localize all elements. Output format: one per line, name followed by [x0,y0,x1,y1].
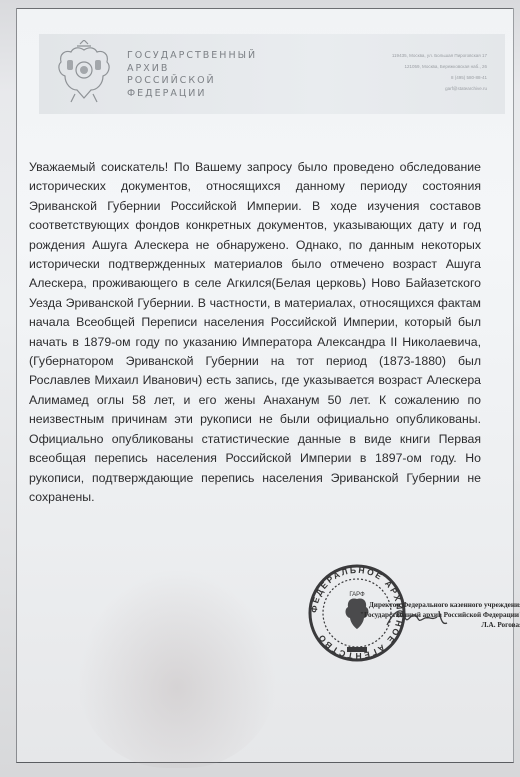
seal-center-text: ГАРФ [349,592,365,598]
address-line: 119435, Москва, ул. Большая Пироговская … [392,50,487,61]
signature-block: ФЕДЕРАЛЬНОЕ АРХИВНОЕ АГЕНТСТВО ГАРФ Дире… [307,563,520,673]
handwritten-signature-icon [385,603,455,631]
phone-line: 8 (495) 580-88-41 [392,72,487,83]
finger-shadow [77,568,277,768]
org-name-line: ФЕДЕРАЦИИ [127,88,257,101]
organization-name: ГОСУДАРСТВЕННЫЙ АРХИВ РОССИЙСКОЙ ФЕДЕРАЦ… [127,50,257,100]
letterhead: ГОСУДАРСТВЕННЫЙ АРХИВ РОССИЙСКОЙ ФЕДЕРАЦ… [39,34,505,114]
email-line: garf@statearchive.ru [392,83,487,94]
contact-details: 119435, Москва, ул. Большая Пироговская … [392,50,487,94]
document-page: ГОСУДАРСТВЕННЫЙ АРХИВ РОССИЙСКОЙ ФЕДЕРАЦ… [16,8,514,763]
org-name-line: ГОСУДАРСТВЕННЫЙ [127,50,257,63]
org-name-line: АРХИВ [127,63,257,76]
org-name-line: РОССИЙСКОЙ [127,75,257,88]
address-line: 121059, Москва, Бережковская наб., 26 [392,61,487,72]
double-headed-eagle-emblem-icon [53,40,115,104]
letter-paragraph: Уважаемый соискатель! По Вашему запросу … [29,158,481,507]
letter-body: Уважаемый соискатель! По Вашему запросу … [29,158,481,507]
